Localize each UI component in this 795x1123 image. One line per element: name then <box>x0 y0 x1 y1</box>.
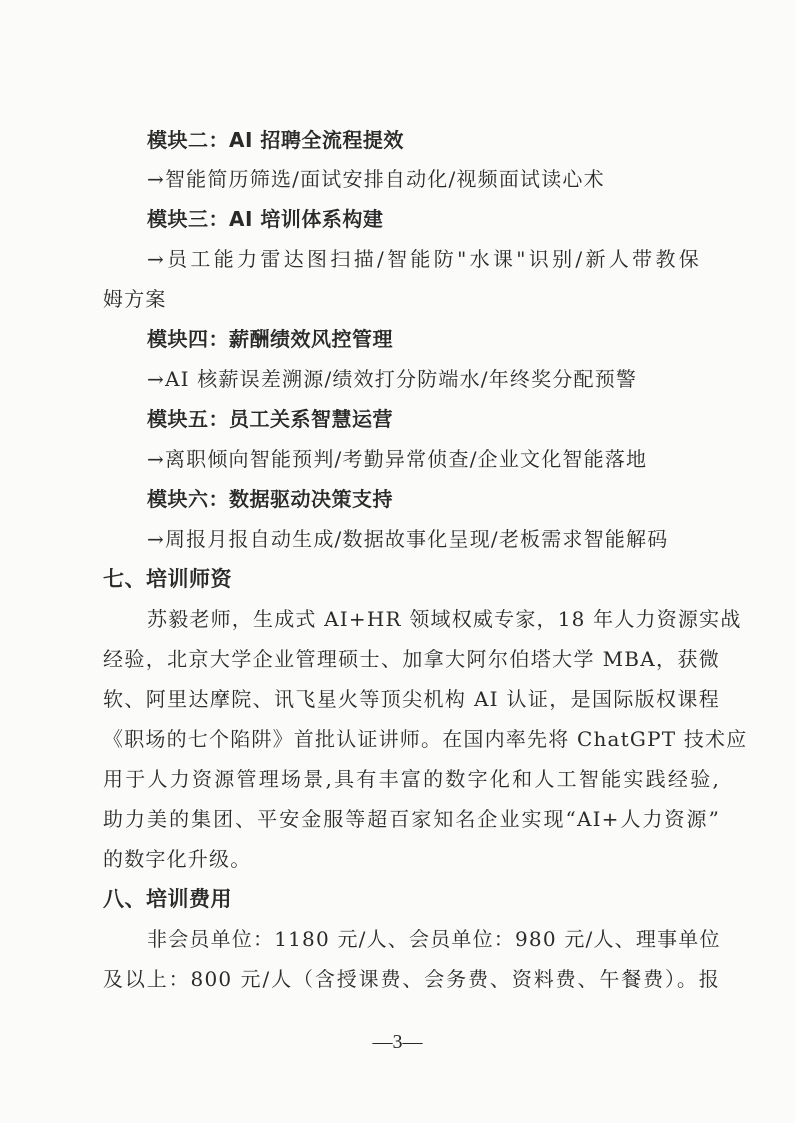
section-7-heading: 七、培训师资 <box>103 565 232 593</box>
module-5-detail: →离职倾向智能预判/考勤异常侦查/企业文化智能落地 <box>147 445 647 473</box>
section-7-line-3: 软、阿里达摩院、讯飞星火等顶尖机构 AI 认证，是国际版权课程 <box>103 685 720 713</box>
section-8-line-2: 及以上：800 元/人（含授课费、会务费、资料费、午餐费）。报 <box>103 965 720 993</box>
section-8-heading: 八、培训费用 <box>103 885 232 913</box>
page-number: —3— <box>0 1028 795 1056</box>
section-7-line-7: 的数字化升级。 <box>103 845 251 873</box>
module-3-detail-cont: 姆方案 <box>103 285 167 313</box>
section-7-line-1: 苏毅老师，生成式 AI+HR 领域权威专家，18 年人力资源实战 <box>147 605 700 633</box>
section-7-line-4: 《职场的七个陷阱》首批认证讲师。在国内率先将 ChatGPT 技术应 <box>103 725 720 753</box>
section-8-line-1: 非会员单位：1180 元/人、会员单位：980 元/人、理事单位 <box>147 925 700 953</box>
module-4-detail: →AI 核薪误差溯源/绩效打分防端水/年终奖分配预警 <box>147 365 637 393</box>
section-7-line-6: 助力美的集团、平安金服等超百家知名企业实现“AI+人力资源” <box>103 805 720 833</box>
module-2-title: 模块二：AI 招聘全流程提效 <box>147 126 404 154</box>
module-2-detail: →智能简历筛选/面试安排自动化/视频面试读心术 <box>147 165 605 193</box>
module-4-title: 模块四：薪酬绩效风控管理 <box>147 325 393 353</box>
document-page: 模块二：AI 招聘全流程提效 →智能简历筛选/面试安排自动化/视频面试读心术 模… <box>0 0 795 1123</box>
section-7-line-5: 用于人力资源管理场景,具有丰富的数字化和人工智能实践经验, <box>103 765 720 793</box>
module-6-detail: →周报月报自动生成/数据故事化呈现/老板需求智能解码 <box>147 525 668 553</box>
module-5-title: 模块五：员工关系智慧运营 <box>147 405 393 433</box>
module-3-title: 模块三：AI 培训体系构建 <box>147 205 383 233</box>
module-6-title: 模块六：数据驱动决策支持 <box>147 485 393 513</box>
section-7-line-2: 经验，北京大学企业管理硕士、加拿大阿尔伯塔大学 MBA，获微 <box>103 645 720 673</box>
module-3-detail: →员工能力雷达图扫描/智能防"水课"识别/新人带教保 <box>147 245 700 273</box>
